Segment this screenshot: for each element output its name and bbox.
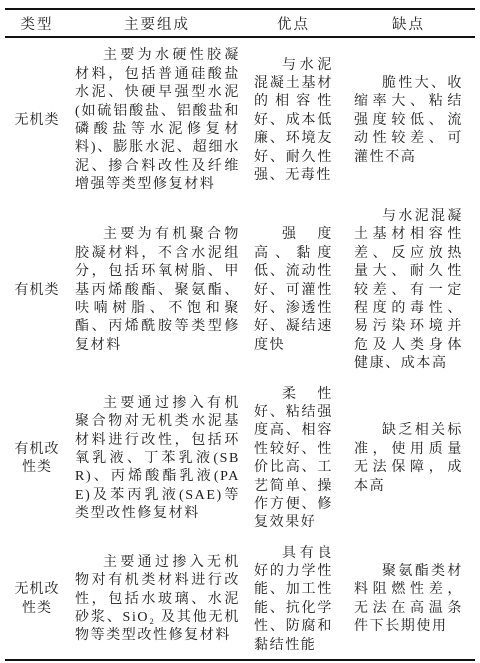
cell-disadvantages: 聚氨酯类材料阻燃性差，无法在高温条件下长期使用 <box>342 541 475 660</box>
cell-disadvantages: 缺乏相关标准，使用质量无法保障，成本高 <box>342 378 475 541</box>
cell-composition: 主要为水硬性胶凝材料，包括普通硅酸盐水泥、快硬早强型水泥(如硫铝酸盐、铝酸盐和磷… <box>69 37 245 204</box>
cell-advantages: 柔性好、粘结强度高、相容性较好、性价比高、工艺简单、操作方便、修复效果好 <box>245 378 342 541</box>
cell-type: 无机类 <box>5 37 69 204</box>
document-page: 类型 主要组成 优点 缺点 无机类 主要为水硬性胶凝材料，包括普通硅酸盐水泥、快… <box>0 0 480 663</box>
table-body: 无机类 主要为水硬性胶凝材料，包括普通硅酸盐水泥、快硬早强型水泥(如硫铝酸盐、铝… <box>5 37 475 660</box>
cell-composition: 主要通过掺入有机聚合物对无机类水泥基材料进行改性，包括环氧乳液、丁苯乳液(SBR… <box>69 378 245 541</box>
cell-type: 有机改性类 <box>5 378 69 541</box>
table-row-inorganic-modified: 无机改性类 主要通过掺入无机物对有机类材料进行改性，包括水玻璃、水泥砂浆、SiO… <box>5 541 475 660</box>
table-header: 类型 主要组成 优点 缺点 <box>5 9 475 37</box>
cell-advantages: 具有良好的力学性能、加工性能、抗化学性、防腐和黏结性能 <box>245 541 342 660</box>
header-type: 类型 <box>5 9 69 37</box>
cell-composition: 主要通过掺入无机物对有机类材料进行改性，包括水玻璃、水泥砂浆、SiO₂ 及其他无… <box>69 541 245 660</box>
cell-advantages: 强度高、黏度低、流动性好、可灌性好、渗透性好、凝结速度快 <box>245 204 342 378</box>
table-row-organic: 有机类 主要为有机聚合物胶凝材料，不含水泥组分，包括环氧树脂、甲基丙烯酸酯、聚氨… <box>5 204 475 378</box>
repair-materials-table: 类型 主要组成 优点 缺点 无机类 主要为水硬性胶凝材料，包括普通硅酸盐水泥、快… <box>5 8 475 661</box>
header-disadvantages: 缺点 <box>342 9 475 37</box>
cell-advantages: 与水泥混凝土基材的相容性好、成本低廉、环境友好、耐久性强、无毒性 <box>245 37 342 204</box>
header-row: 类型 主要组成 优点 缺点 <box>5 9 475 37</box>
cell-disadvantages: 与水泥混凝土基材相容性差、反应放热量大、耐久性较差、有一定程度的毒性、易污染环境… <box>342 204 475 378</box>
table-row-organic-modified: 有机改性类 主要通过掺入有机聚合物对无机类水泥基材料进行改性，包括环氧乳液、丁苯… <box>5 378 475 541</box>
cell-disadvantages: 脆性大、收缩率大、粘结强度较低、流动性较差、可灌性不高 <box>342 37 475 204</box>
table-row-inorganic: 无机类 主要为水硬性胶凝材料，包括普通硅酸盐水泥、快硬早强型水泥(如硫铝酸盐、铝… <box>5 37 475 204</box>
cell-composition: 主要为有机聚合物胶凝材料，不含水泥组分，包括环氧树脂、甲基丙烯酸酯、聚氨酯、呋喃… <box>69 204 245 378</box>
cell-type: 无机改性类 <box>5 541 69 660</box>
header-advantages: 优点 <box>245 9 342 37</box>
header-composition: 主要组成 <box>69 9 245 37</box>
cell-type: 有机类 <box>5 204 69 378</box>
